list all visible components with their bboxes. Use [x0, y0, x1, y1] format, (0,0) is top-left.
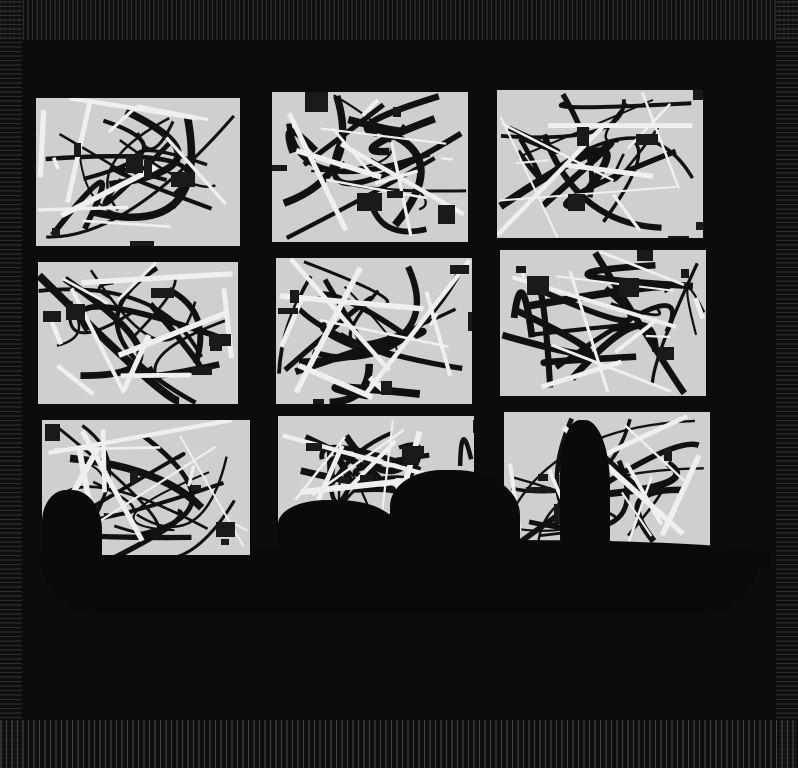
window-pane [272, 92, 468, 242]
window-pane [276, 258, 472, 404]
window-pane [36, 98, 240, 246]
grain-bottom-edge [0, 720, 798, 768]
window-pane [500, 250, 706, 396]
window-photo [0, 0, 798, 768]
window-pane [38, 262, 238, 404]
grain-left-edge [0, 0, 22, 768]
foreground-silhouette-part [250, 540, 770, 570]
grain-top-edge [0, 0, 798, 40]
foreground-silhouette-part [42, 490, 102, 570]
window-pane [497, 90, 703, 238]
foreground-silhouette-part [560, 420, 610, 550]
grain-right-edge [776, 0, 798, 768]
